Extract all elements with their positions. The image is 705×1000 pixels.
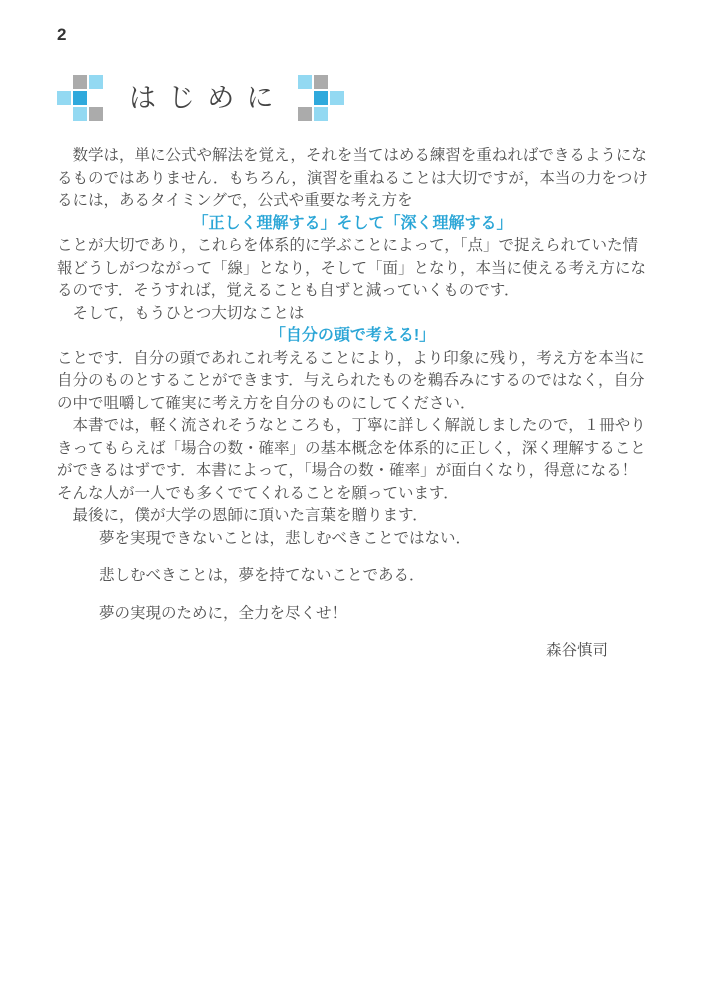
page-number: 2: [57, 26, 648, 43]
book-page: 2 はじめに 数学は，単に公式や解法を覚え，それを当てはめる練習を重ねればできる…: [0, 0, 705, 1000]
paragraph-systematic: ことが大切であり，これらを体系的に学ぶことによって，「点」で捉えられていた情報ど…: [57, 235, 648, 303]
paragraph-own-head: ことです．自分の頭であれこれ考えることにより，より印象に残り，考え方を本当に自分…: [57, 348, 648, 416]
paragraph-this-book: 本書では，軽く流されそうなところも，丁寧に詳しく解説しましたので，１冊やりきって…: [57, 415, 648, 505]
page-title: はじめに: [129, 85, 286, 112]
paragraph-one-more-thing: そして，もうひとつ大切なことは: [57, 303, 648, 326]
paragraph-intro: 数学は，単に公式や解法を覚え，それを当てはめる練習を重ねればできるようになるもの…: [57, 145, 648, 213]
preface-body: 数学は，単に公式や解法を覚え，それを当てはめる練習を重ねればできるようになるもの…: [57, 145, 648, 663]
chapter-header: はじめに: [57, 73, 648, 123]
highlight-think-yourself: 「自分の頭で考える!」: [57, 325, 648, 348]
mentor-quote: 夢を実現できないことは，悲しむべきことではない． 悲しむべきことは，夢を持てない…: [99, 528, 648, 626]
quote-line: 夢の実現のために，全力を尽くせ！: [99, 603, 648, 626]
author-name: 森谷慎司: [57, 640, 648, 663]
pixel-squares-decoration-left-icon: [57, 75, 103, 121]
paragraph-final-words: 最後に，僕が大学の恩師に頂いた言葉を贈ります．: [57, 505, 648, 528]
quote-line: 夢を実現できないことは，悲しむべきことではない．: [99, 528, 648, 551]
quote-line: 悲しむべきことは，夢を持てないことである．: [99, 565, 648, 588]
pixel-squares-decoration-right-icon: [298, 75, 344, 121]
highlight-understand: 「正しく理解する」そして「深く理解する」: [57, 213, 648, 236]
